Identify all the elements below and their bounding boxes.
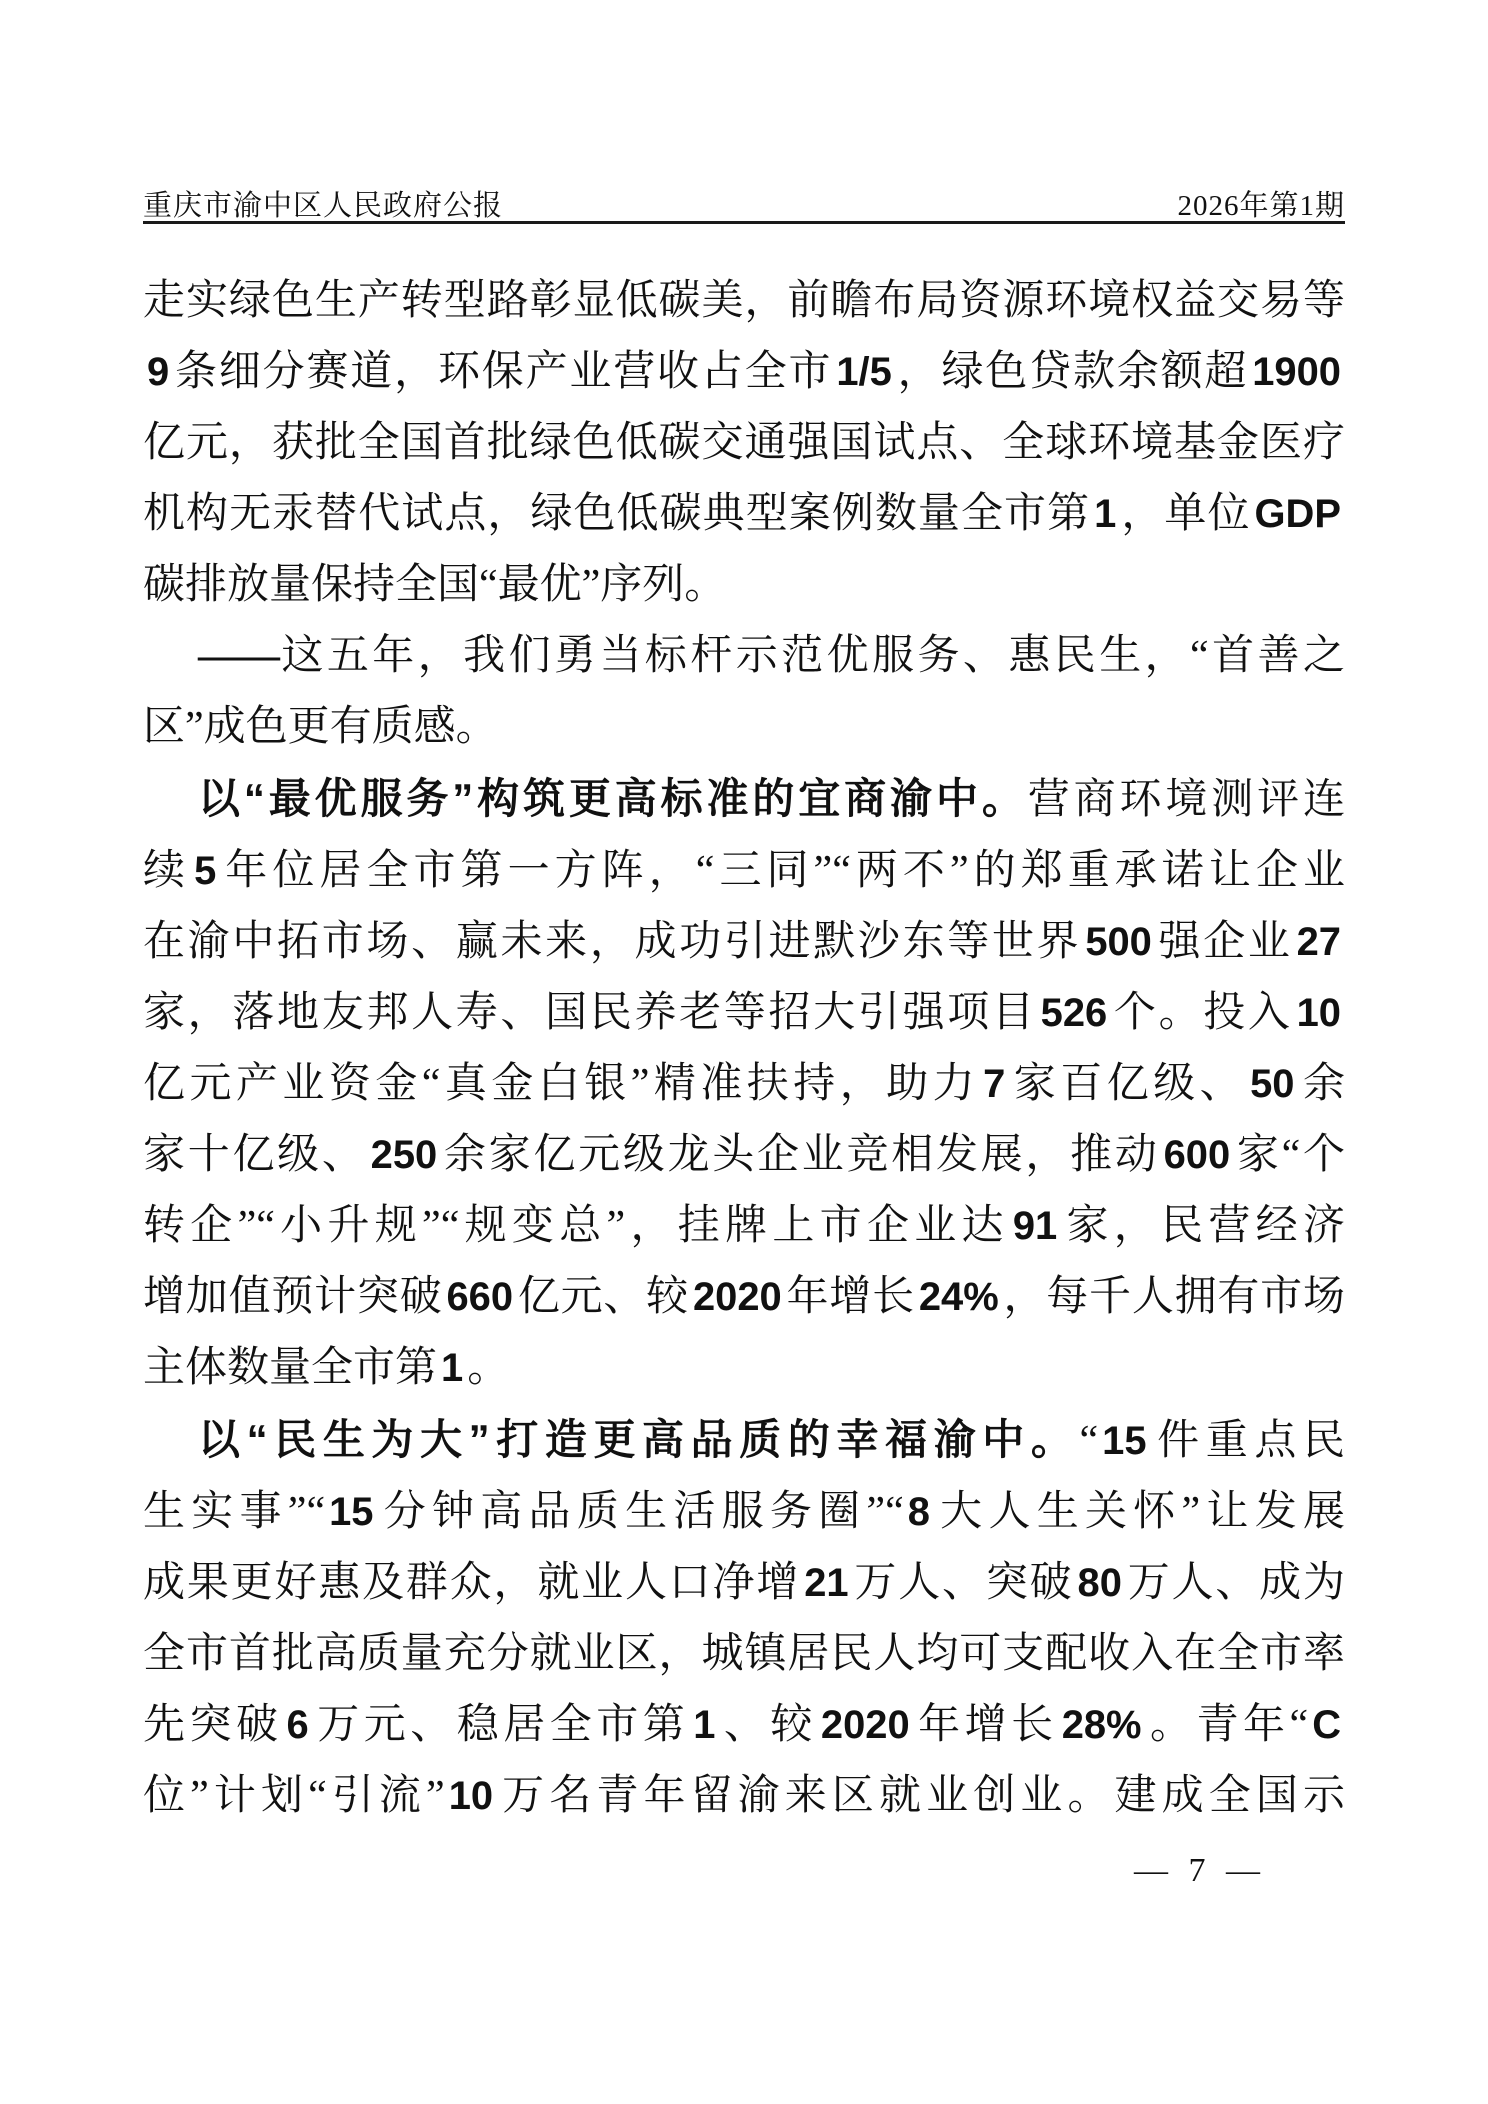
text-run: ，每千人拥有市场 [1003,1274,1345,1320]
text-run: 年位居全市第一方阵，“三同”“两不”的郑重承诺让企业 [220,848,1345,894]
text-run: 成果更好惠及群众，就业人口净增 [143,1560,800,1606]
text-line: 转企”“小升规”“规变总”，挂牌上市企业达91家，民营经济 [143,1191,1345,1262]
text-run: 28% [1058,1703,1146,1747]
page-header: 重庆市渝中区人民政府公报 2026年第1期 [143,183,1345,224]
text-run: 2020 [817,1703,914,1747]
text-run: 亿元、较 [517,1274,689,1320]
page-footer: — 7 — [1134,1852,1266,1890]
text-run: 15 [1098,1419,1150,1463]
text-run: 增加值预计突破 [143,1274,442,1320]
text-run: 21 [800,1561,852,1605]
text-run: 大人生关怀”让发展 [934,1489,1345,1535]
text-line: 全市首批高质量充分就业区，城镇居民人均可支配收入在全市率 [143,1619,1345,1690]
text-run: 转企”“小升规”“规变总”，挂牌上市企业达 [143,1203,1009,1249]
text-run: 先突破 [143,1702,283,1748]
text-run: 家，民营经济 [1061,1203,1345,1249]
text-run: 1 [1090,492,1120,536]
text-run: 250 [367,1133,442,1177]
document-body: 走实绿色生产转型路彰显低碳美，前瞻布局资源环境权益交易等9条细分赛道，环保产业营… [143,266,1345,1832]
text-run: 50 [1246,1062,1298,1106]
text-run: 区”成色更有质感。 [143,704,498,750]
text-run: 1 [689,1703,719,1747]
header-issue-label: 2026年第1期 [1177,183,1345,224]
text-line: ——这五年，我们勇当标杆示范优服务、惠民生，“首善之 [143,621,1345,692]
text-run: 万元、稳居全市第 [313,1702,690,1748]
text-line: 家，落地友邦人寿、国民养老等招大引强项目526个。投入10 [143,978,1345,1049]
text-run: 1/5 [832,350,895,394]
text-run: 件重点民 [1151,1418,1345,1464]
text-run: 亿元产业资金“真金白银”精准扶持，助力 [143,1061,979,1107]
text-run: 。青年“ [1146,1702,1309,1748]
text-run: 碳排放量保持全国“最优”序列。 [143,562,726,608]
text-run: —— [198,633,278,679]
text-run: 526 [1037,991,1112,1035]
text-line: 在渝中拓市场、赢未来，成功引进默沙东等世界500强企业27 [143,907,1345,978]
text-run: 余家亿元级龙头企业竞相发展，推动 [441,1132,1159,1178]
header-publication-title: 重庆市渝中区人民政府公报 [143,183,503,224]
text-run: 500 [1081,920,1156,964]
text-run: 个。投入 [1111,990,1292,1036]
text-line: 家十亿级、250余家亿元级龙头企业竞相发展，推动600家“个 [143,1120,1345,1191]
text-run: 1900 [1248,350,1345,394]
text-run: 27 [1293,920,1345,964]
text-run: 家百亿级、 [1009,1061,1246,1107]
text-run: 660 [442,1275,517,1319]
header-rule [143,221,1345,224]
text-run: ，绿色贷款余额超 [896,349,1248,395]
text-run: 5 [190,849,220,893]
text-line: 亿元产业资金“真金白银”精准扶持，助力7家百亿级、50余 [143,1049,1345,1120]
text-run: 600 [1160,1133,1235,1177]
text-run: 家“个 [1234,1132,1345,1178]
text-line: 成果更好惠及群众，就业人口净增21万人、突破80万人、成为 [143,1548,1345,1619]
text-run: 位”计划“引流” [143,1773,445,1819]
text-line: 增加值预计突破660亿元、较2020年增长24%，每千人拥有市场 [143,1262,1345,1333]
text-run: 万人、突破 [853,1560,1074,1606]
text-run: “ [1080,1418,1099,1464]
text-run: 在渝中拓市场、赢未来，成功引进默沙东等世界 [143,919,1081,965]
text-run: 走实绿色生产转型路彰显低碳美，前瞻布局资源环境权益交易等 [143,278,1345,324]
text-run: 6 [283,1703,313,1747]
text-line: 亿元，获批全国首批绿色低碳交通强国试点、全球环境基金医疗 [143,408,1345,479]
text-run: 1 [437,1346,467,1390]
text-run: 亿元，获批全国首批绿色低碳交通强国试点、全球环境基金医疗 [143,420,1345,466]
text-line: 生实事”“15分钟高品质生活服务圈”“8大人生关怀”让发展 [143,1477,1345,1548]
text-run: 8 [904,1490,934,1534]
gazette-page: 重庆市渝中区人民政府公报 2026年第1期 走实绿色生产转型路彰显低碳美，前瞻布… [0,0,1488,2104]
text-line: 碳排放量保持全国“最优”序列。 [143,550,1345,621]
text-run: 万人、成为 [1126,1560,1345,1606]
text-run: 、较 [719,1702,817,1748]
text-run: 以“民生为大”打造更高品质的幸福渝中。 [198,1416,1080,1463]
text-run: 。 [467,1345,509,1391]
text-run: 机构无汞替代试点，绿色低碳典型案例数量全市第 [143,491,1090,537]
text-run: 80 [1074,1561,1126,1605]
text-line: 续5年位居全市第一方阵，“三同”“两不”的郑重承诺让企业 [143,836,1345,907]
text-run: 24% [915,1275,1003,1319]
text-run: 强企业 [1156,919,1293,965]
page-number: — 7 — [1134,1852,1266,1889]
text-run: 15 [325,1490,377,1534]
text-run: 全市首批高质量充分就业区，城镇居民人均可支配收入在全市率 [143,1631,1345,1677]
text-run: GDP [1251,492,1345,536]
text-line: 区”成色更有质感。 [143,692,1345,763]
text-line: 先突破6万元、稳居全市第1、较2020年增长28%。青年“C [143,1690,1345,1761]
text-run: 营商环境测评连 [1028,777,1345,823]
text-run: 91 [1009,1204,1061,1248]
text-run: 条细分赛道，环保产业营收占全市 [173,349,832,395]
text-run: 年增长 [914,1702,1058,1748]
text-run: 10 [445,1774,497,1818]
text-run: 家，落地友邦人寿、国民养老等招大引强项目 [143,990,1037,1036]
text-run: 续 [143,848,190,894]
text-run: 2020 [689,1275,786,1319]
text-run: C [1308,1703,1345,1747]
text-run: 年增长 [786,1274,915,1320]
text-run: 家十亿级、 [143,1132,367,1178]
text-run: 主体数量全市第 [143,1345,437,1391]
text-line: 9条细分赛道，环保产业营收占全市1/5，绿色贷款余额超1900 [143,337,1345,408]
text-run: 7 [979,1062,1009,1106]
text-line: 以“民生为大”打造更高品质的幸福渝中。“15件重点民 [143,1404,1345,1477]
text-run: 9 [143,350,173,394]
text-run: 分钟高品质生活服务圈”“ [377,1489,903,1535]
text-run: 10 [1293,991,1345,1035]
text-run: 这五年，我们勇当标杆示范优服务、惠民生，“首善之 [278,633,1345,679]
text-run: ，单位 [1120,491,1250,537]
text-run: 余 [1299,1061,1345,1107]
text-line: 主体数量全市第1。 [143,1333,1345,1404]
text-run: 万名青年留渝来区就业创业。建成全国示 [497,1773,1345,1819]
text-run: 以“最优服务”构筑更高标准的宜商渝中。 [198,775,1028,822]
text-line: 位”计划“引流”10万名青年留渝来区就业创业。建成全国示 [143,1761,1345,1832]
text-line: 以“最优服务”构筑更高标准的宜商渝中。营商环境测评连 [143,763,1345,836]
text-run: 生实事”“ [143,1489,325,1535]
text-line: 走实绿色生产转型路彰显低碳美，前瞻布局资源环境权益交易等 [143,266,1345,337]
text-line: 机构无汞替代试点，绿色低碳典型案例数量全市第1，单位GDP [143,479,1345,550]
